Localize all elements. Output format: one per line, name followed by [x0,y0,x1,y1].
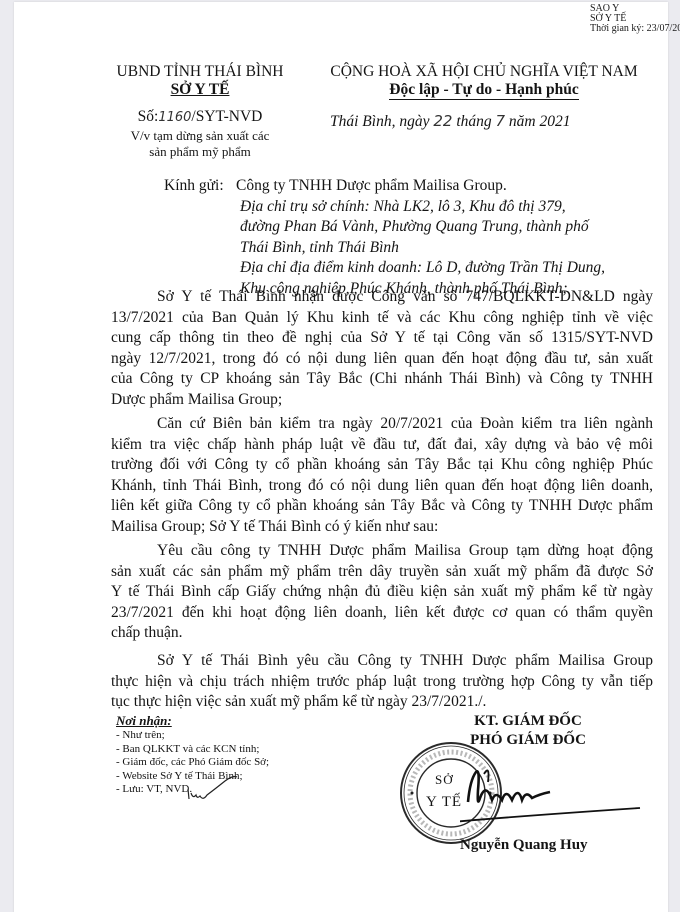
handwritten-signature [460,760,660,830]
date-line: Thái Bình, ngày 22 tháng 7 năm 2021 [330,112,571,131]
header-right: CỘNG HOÀ XÃ HỘI CHỦ NGHĨA VIỆT NAM Độc l… [303,63,665,99]
handwritten-month: 7 [496,112,506,130]
handwritten-day: 22 [433,112,452,130]
department-name: SỞ Y TẾ [100,81,300,99]
subject-line-1: V/v tạm dừng sản xuất các [100,128,300,144]
recipients-list-title: Nơi nhận: [116,713,269,729]
recipient-block: Kính gửi:Công ty TNHH Dược phẩm Mailisa … [164,176,605,299]
initials-mark [185,775,255,805]
country-name: CỘNG HOÀ XÃ HỘI CHỦ NGHĨA VIỆT NAM [303,63,665,81]
paragraph-2: Căn cứ Biên bản kiểm tra ngày 20/7/2021 … [111,414,653,537]
paragraph-1: Sở Y tế Thái Bình nhận được Công văn số … [111,287,653,410]
recipient-address-line: Địa chỉ trụ sở chính: Nhà LK2, lô 3, Khu… [164,197,605,218]
handwritten-number: 1160 [158,110,191,125]
paragraph-4: Sở Y tế Thái Bình yêu cầu Công ty TNHH D… [111,651,653,713]
recipients-list-item: - Ban QLKKT và các KCN tỉnh; [116,743,269,757]
recipient-address-line: đường Phan Bá Vành, Phường Quang Trung, … [164,217,605,238]
subject-line-2: sản phẩm mỹ phẩm [100,144,300,160]
header-left: UBND TỈNH THÁI BÌNH SỞ Y TẾ Số:1160/SYT-… [100,63,300,160]
recipients-list-item: - Như trên; [116,729,269,743]
document-number: Số:1160/SYT-NVD [100,107,300,128]
digital-signature-stamp: SAO Y SỞ Y TẾ Thời gian ký: 23/07/2021 0… [590,4,680,34]
recipient-address-line: Thái Bình, tỉnh Thái Bình [164,238,605,259]
seal-text-2: Y TẾ [426,794,462,811]
paragraph-3: Yêu cầu công ty TNHH Dược phẩm Mailisa G… [111,541,653,644]
signer-role-1: KT. GIÁM ĐỐC [420,712,636,731]
recipient-address-line: Địa chỉ địa điểm kinh doanh: Lô D, đường… [164,258,605,279]
national-motto: Độc lập - Tự do - Hạnh phúc [303,81,665,99]
recipient-label: Kính gửi: [164,176,236,197]
agency-name: UBND TỈNH THÁI BÌNH [100,63,300,81]
signer-name: Nguyễn Quang Huy [460,837,588,854]
seal-text-1: SỞ [435,772,454,788]
stamp-line-3: Thời gian ký: 23/07/2021 08:11:22 +07:00 [590,24,680,34]
recipients-list-item: - Giám đốc, các Phó Giám đốc Sở; [116,756,269,770]
recipient-name: Công ty TNHH Dược phẩm Mailisa Group. [236,177,507,194]
